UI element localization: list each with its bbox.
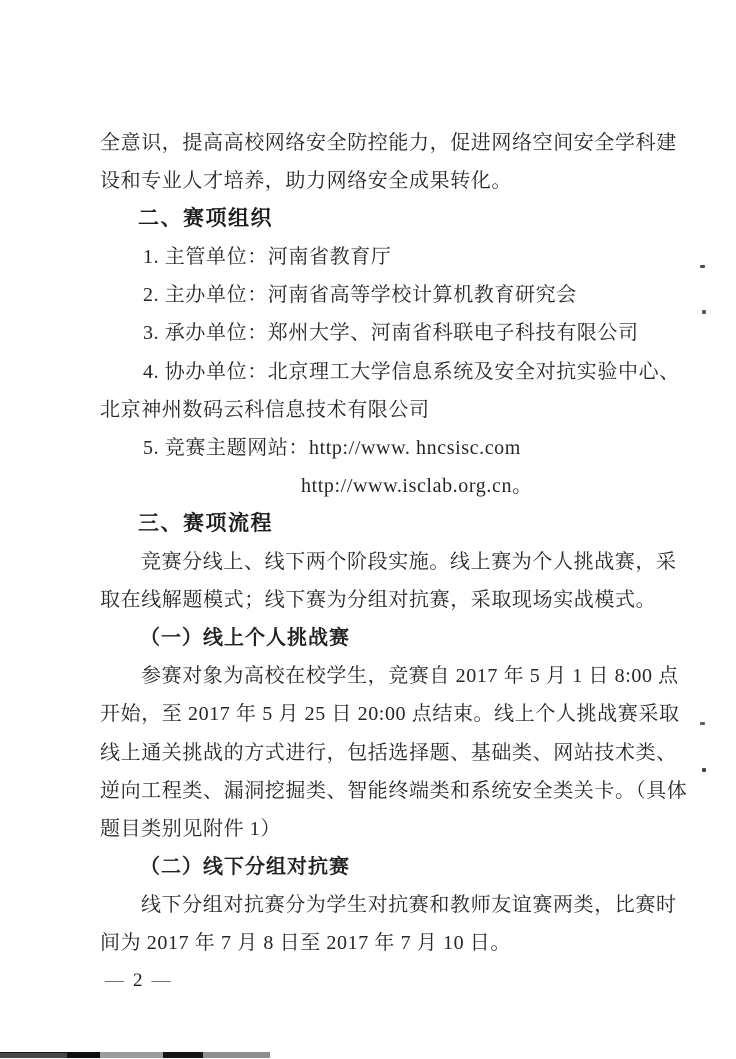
paragraph-line: 设和专业人才培养，助力网络安全成果转化。: [100, 162, 660, 200]
paragraph-line: 线下分组对抗赛分为学生对抗赛和教师友谊赛两类，比赛时: [100, 886, 660, 924]
paragraph-line: 全意识，提高高校网络安全防控能力，促进网络空间安全学科建: [100, 124, 660, 162]
page-number-right-dash: —: [152, 970, 171, 991]
section-heading-3: 三、赛项流程: [100, 505, 660, 543]
list-item-coorganizer-unit-cont: 北京神州数码云科信息技术有限公司: [100, 391, 660, 429]
paragraph-line: 取在线解题模式；线下赛为分组对抗赛，采取现场实战模式。: [100, 581, 660, 619]
scan-artifact-speck: [700, 265, 705, 268]
sub-heading-offline-match: （二）线下分组对抗赛: [100, 848, 660, 886]
document-body: 全意识，提高高校网络安全防控能力，促进网络空间安全学科建 设和专业人才培养，助力…: [100, 124, 660, 1000]
page-number-value: 2: [133, 970, 143, 991]
list-item-coorganizer-unit: 4. 协办单位：北京理工大学信息系统及安全对抗实验中心、: [100, 353, 660, 391]
scan-edge-bar-segment: [0, 1052, 67, 1058]
list-item-supervisor-unit: 1. 主管单位：河南省教育厅: [100, 238, 660, 276]
paragraph-line: 题目类别见附件 1）: [100, 810, 660, 848]
paragraph-line: 逆向工程类、漏洞挖掘类、智能终端类和系统安全类关卡。（具体: [100, 772, 660, 810]
section-heading-2: 二、赛项组织: [100, 200, 660, 238]
paragraph-line: 竞赛分线上、线下两个阶段实施。线上赛为个人挑战赛，采: [100, 543, 660, 581]
scan-edge-bar-segment: [203, 1052, 270, 1058]
website-url-second: http://www.isclab.org.cn。: [100, 467, 660, 505]
paragraph-line: 间为 2017 年 7 月 8 日至 2017 年 7 月 10 日。: [100, 924, 660, 962]
scan-edge-bar-segment: [67, 1052, 100, 1058]
list-item-host-unit: 2. 主办单位：河南省高等学校计算机教育研究会: [100, 276, 660, 314]
scan-edge-bar-segment: [163, 1052, 203, 1058]
scan-edge-bar-segment: [100, 1052, 163, 1058]
paragraph-line: 线上通关挑战的方式进行，包括选择题、基础类、网站技术类、: [100, 734, 660, 772]
scan-artifact-speck: [700, 722, 705, 725]
page-number-left-dash: —: [105, 970, 124, 991]
scan-artifact-speck: [702, 310, 706, 314]
scan-edge-bar: [0, 1052, 270, 1058]
paragraph-line: 开始，至 2017 年 5 月 25 日 20:00 点结束。线上个人挑战赛采取: [100, 695, 660, 733]
scanned-document-page: 全意识，提高高校网络安全防控能力，促进网络空间安全学科建 设和专业人才培养，助力…: [0, 0, 736, 1059]
paragraph-line: 参赛对象为高校在校学生，竞赛自 2017 年 5 月 1 日 8:00 点: [100, 657, 660, 695]
page-number: —2—: [100, 962, 660, 1000]
scan-artifact-speck: [702, 768, 706, 772]
list-item-website: 5. 竞赛主题网站：http://www. hncsisc.com: [100, 429, 660, 467]
list-item-organizer-unit: 3. 承办单位：郑州大学、河南省科联电子科技有限公司: [100, 314, 660, 352]
sub-heading-online-challenge: （一）线上个人挑战赛: [100, 619, 660, 657]
